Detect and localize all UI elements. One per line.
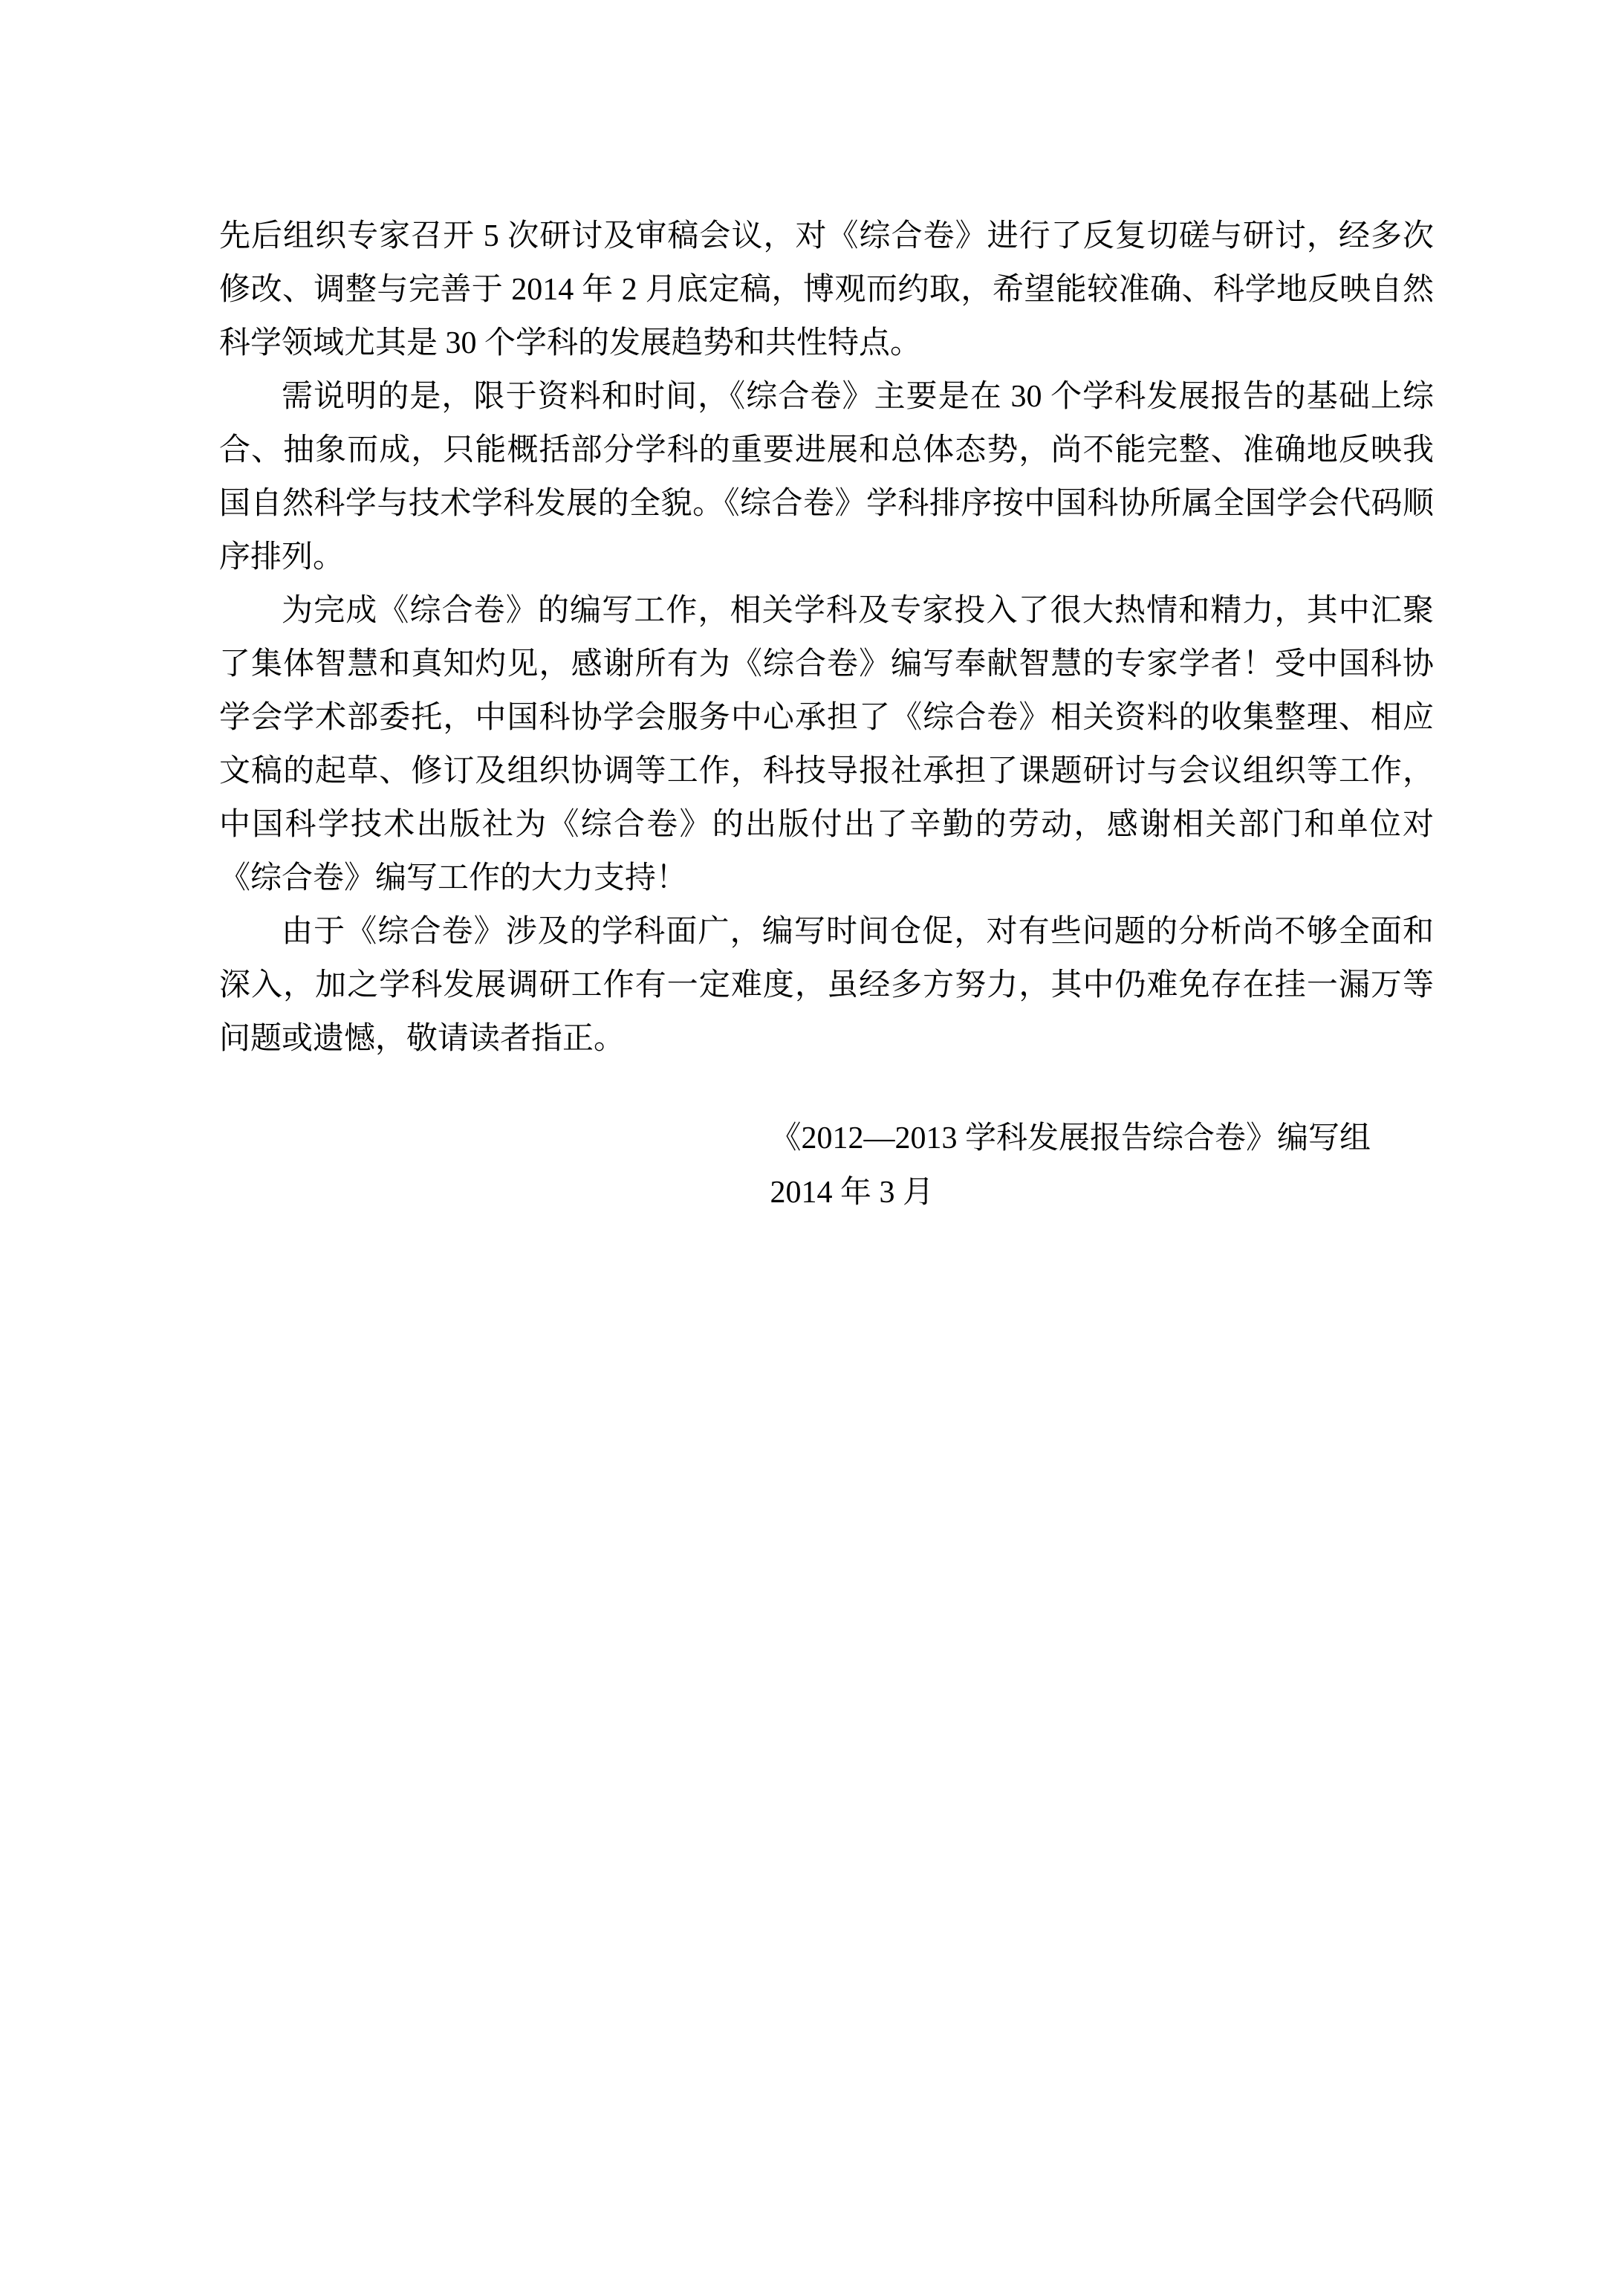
signature-inner: 《2012—2013 学科发展报告综合卷》编写组 2014 年 3 月 — [770, 1112, 1371, 1220]
signature-line: 《2012—2013 学科发展报告综合卷》编写组 — [770, 1112, 1371, 1166]
signature-date: 2014 年 3 月 — [770, 1166, 1371, 1220]
paragraph-2: 需说明的是，限于资料和时间，《综合卷》主要是在 30 个学科发展报告的基础上综合… — [219, 370, 1434, 584]
paragraph-4: 由于《综合卷》涉及的学科面广，编写时间仓促，对有些问题的分析尚不够全面和深入，加… — [219, 905, 1434, 1066]
preface-body: 先后组织专家召开 5 次研讨及审稿会议，对《综合卷》进行了反复切磋与研讨，经多次… — [219, 210, 1434, 1220]
page: 先后组织专家召开 5 次研讨及审稿会议，对《综合卷》进行了反复切磋与研讨，经多次… — [0, 0, 1624, 2282]
paragraph-1: 先后组织专家召开 5 次研讨及审稿会议，对《综合卷》进行了反复切磋与研讨，经多次… — [219, 210, 1434, 370]
paragraph-3: 为完成《综合卷》的编写工作，相关学科及专家投入了很大热情和精力，其中汇聚了集体智… — [219, 584, 1434, 905]
signature-block: 《2012—2013 学科发展报告综合卷》编写组 2014 年 3 月 — [219, 1112, 1434, 1220]
